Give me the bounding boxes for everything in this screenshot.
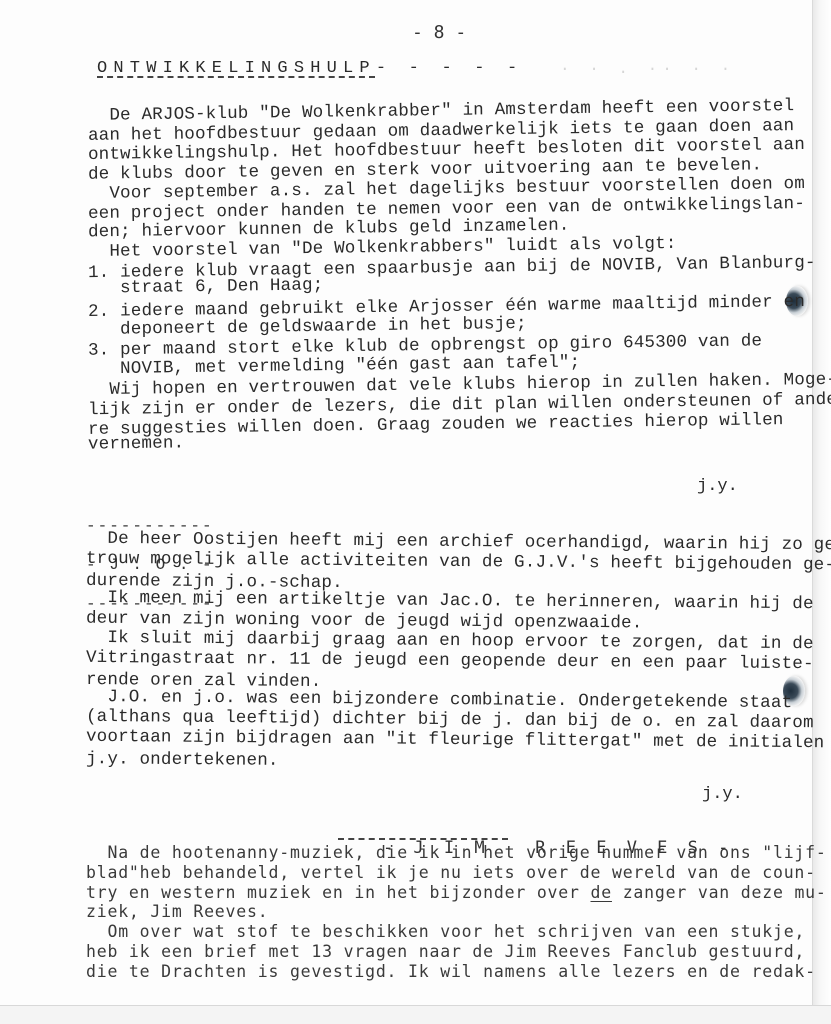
section-heading-ontwikkelingshulp: ONTWIKKELINGSHULP- - - - - [97,59,523,78]
text-line: Na de hootenanny-muziek, die ik in het v… [86,843,827,862]
text-line: die te Drachten is gevestigd. Ik wil nam… [86,962,816,981]
signature: j.y. [697,477,738,496]
heading-trailing-dashes: - - - - - [376,59,524,78]
heading-text: ONTWIKKELINGSHULP [97,59,376,78]
heading-underline [338,838,508,840]
text-line: straat 6, Den Haag; [88,277,324,299]
text-line: try en western muziek en in het bijzonde… [86,883,827,902]
text-line: vernemen. [88,435,185,455]
page-number: - 8 - [412,22,466,43]
text-line: Om over wat stof te beschikken voor het … [86,922,805,941]
text-line: heb ik een brief met 13 vragen naar de J… [86,942,805,961]
signature: j.y. [702,785,743,804]
next-page-edge [0,1005,831,1024]
scanned-page: - 8 - ONTWIKKELINGSHULP- - - - - · · . ·… [0,0,831,1024]
text-line: j.y. ondertekenen. [86,750,279,771]
underlined-word: de [591,883,612,902]
text-line: blad"heb behandeld, vertel ik je nu iets… [86,863,816,882]
faded-bleedthrough-text: · · . ·· · · [560,60,735,78]
text-line: ziek, Jim Reeves. [86,902,268,921]
